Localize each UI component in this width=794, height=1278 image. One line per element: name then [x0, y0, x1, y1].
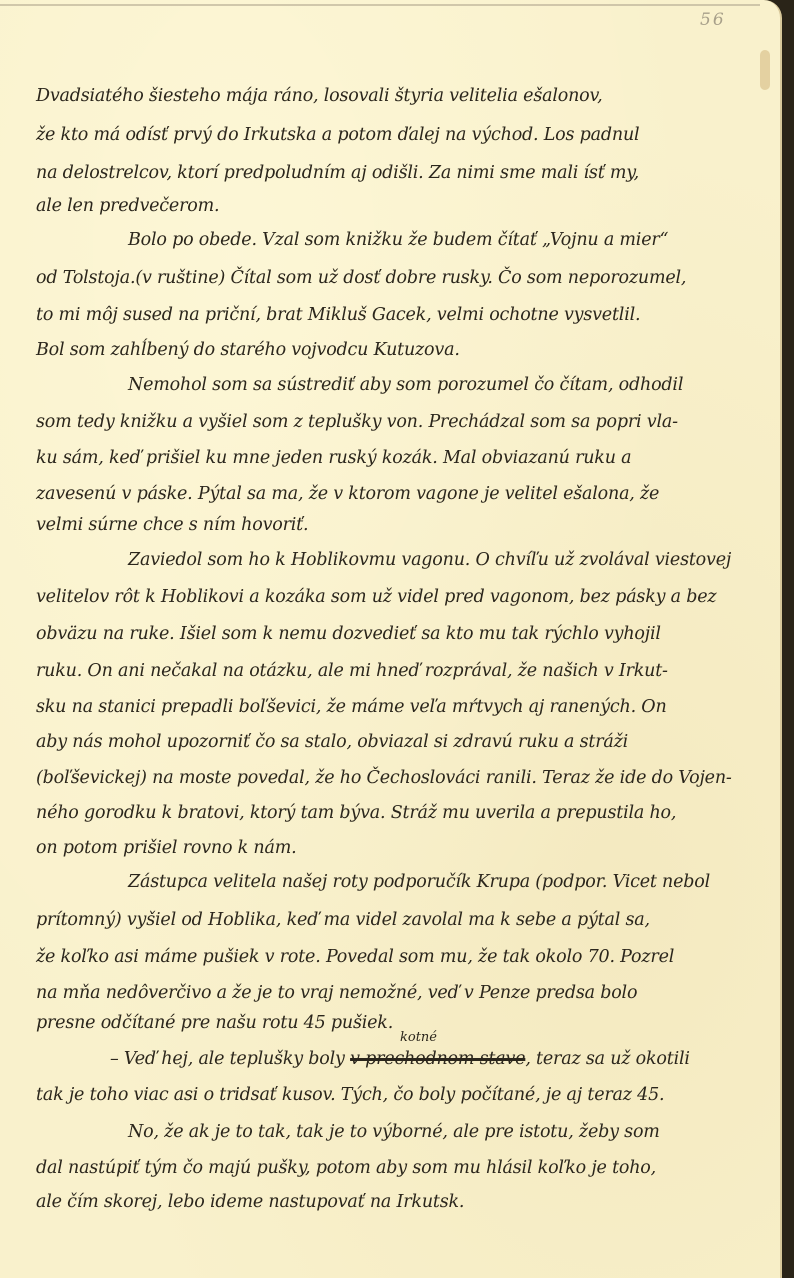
text-line: ale čím skorej, lebo ideme nastupovať na…: [36, 1192, 464, 1212]
text-line: som tedy knižku a vyšiel som z teplušky …: [36, 412, 678, 432]
text-line: tak je toho viac asi o tridsať kusov. Tý…: [36, 1085, 664, 1105]
text-line: ku sám, keď prišiel ku mne jeden ruský k…: [36, 448, 631, 468]
text-line: obväzu na ruke. Išiel som k nemu dozvedi…: [36, 624, 661, 644]
text-line: dal nastúpiť tým čo majú pušky, potom ab…: [36, 1158, 656, 1178]
text-line: Zástupca velitela našej roty podporučík …: [128, 872, 710, 892]
text-segment: , teraz sa už okotili: [525, 1049, 689, 1069]
text-line: Dvadsiatého šiesteho mája ráno, losovali…: [36, 86, 602, 106]
text-line: to mi môj sused na priční, brat Mikluš G…: [36, 305, 640, 325]
text-line: velmi súrne chce s ním hovoriť.: [36, 515, 308, 535]
text-line: (boľševickej) na moste povedal, že ho Če…: [36, 768, 732, 788]
text-line: ného gorodku k bratovi, ktorý tam býva. …: [36, 803, 676, 823]
text-line: presne odčítané pre našu rotu 45 pušiek.: [36, 1013, 393, 1033]
text-line: že koľko asi máme pušiek v rote. Povedal…: [36, 947, 674, 967]
text-line: ruku. On ani nečakal na otázku, ale mi h…: [36, 661, 668, 681]
text-line-with-correction: – Veď hej, ale teplušky boly v prechodno…: [110, 1049, 690, 1069]
text-line: Bolo po obede. Vzal som knižku že budem …: [128, 230, 668, 250]
text-line: Zaviedol som ho k Hoblikovmu vagonu. O c…: [128, 550, 731, 570]
text-line: on potom prišiel rovno k nám.: [36, 838, 296, 858]
paper-stain: [760, 50, 770, 90]
text-line: že kto má odísť prvý do Irkutska a potom…: [36, 125, 639, 145]
text-line: na delostrelcov, ktorí predpoludním aj o…: [36, 163, 639, 183]
top-edge-rule: [0, 4, 760, 6]
struck-text: v prechodnom stave: [350, 1049, 525, 1069]
text-segment: – Veď hej, ale teplušky boly: [110, 1049, 350, 1069]
inserted-word: kotné: [400, 1030, 437, 1045]
text-line: aby nás mohol upozorniť čo sa stalo, obv…: [36, 732, 628, 752]
manuscript-page: 56 Dvadsiatého šiesteho mája ráno, losov…: [0, 0, 782, 1278]
text-line: ale len predvečerom.: [36, 196, 219, 216]
text-line: Nemohol som sa sústrediť aby som porozum…: [128, 375, 683, 395]
text-line: od Tolstoja.(v ruštine) Čítal som už dos…: [36, 268, 686, 288]
text-line: Bol som zahĺbený do starého vojvodcu Kut…: [36, 340, 460, 360]
text-line: velitelov rôt k Hoblikovi a kozáka som u…: [36, 587, 716, 607]
text-line: prítomný) vyšiel od Hoblika, keď ma vide…: [36, 910, 650, 930]
folio-number: 56: [700, 10, 726, 30]
text-line: zavesenú v páske. Pýtal sa ma, že v ktor…: [36, 484, 659, 504]
text-line: No, že ak je to tak, tak je to výborné, …: [128, 1122, 660, 1142]
text-line: sku na stanici prepadli boľševici, že má…: [36, 697, 667, 717]
text-line: na mňa nedôverčivo a že je to vraj nemož…: [36, 983, 637, 1003]
